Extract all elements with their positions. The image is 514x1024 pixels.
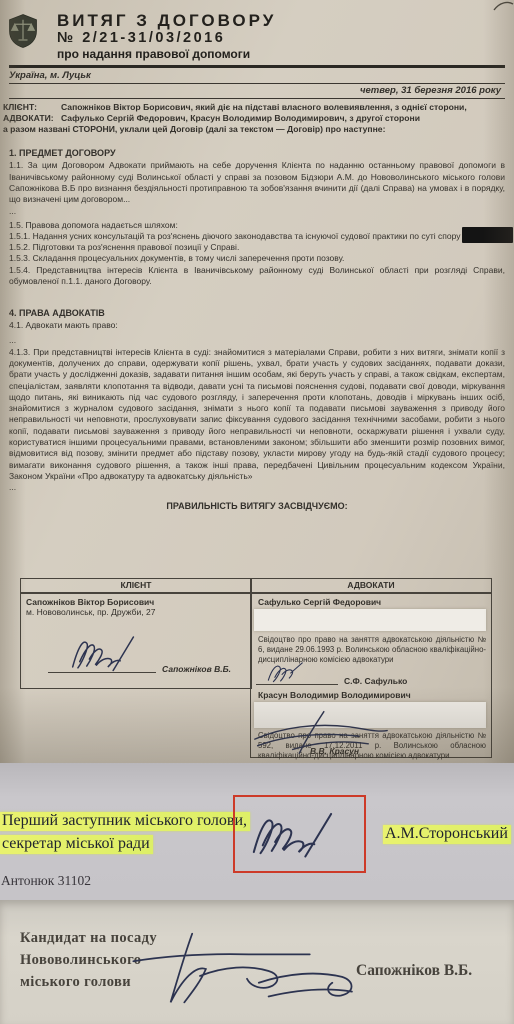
advocate-2-name: Красун Володимир Володимирович — [258, 690, 411, 700]
signing-table: КЛІЄНТ АДВОКАТИ Сапожніков Віктор Борисо… — [20, 578, 492, 758]
advocates-line: АДВОКАТИ: Сафулько Сергій Федорович, Кра… — [3, 113, 505, 124]
highlighted-text: секретар міської ради — [0, 835, 153, 854]
document-place: Україна, м. Луцьк — [9, 70, 505, 82]
advocate-2-signature-label: В.В. Красун — [310, 746, 359, 756]
whited-out-box — [254, 609, 486, 631]
client-address: м. Нововолинськ, пр. Дружби, 27 — [26, 607, 155, 617]
advocates-label: АДВОКАТИ: — [3, 113, 61, 124]
red-annotation-frame — [233, 795, 366, 873]
client-text: Сапожніков Віктор Борисович, який діє на… — [61, 102, 505, 113]
advocates-text: Сафулько Сергій Федорович, Красун Володи… — [61, 113, 505, 124]
signature-storonskyi — [245, 805, 350, 861]
signature-line — [256, 684, 338, 685]
advocates-column-header: АДВОКАТИ — [251, 580, 491, 590]
document-date: четвер, 31 березня 2016 року — [9, 84, 505, 98]
clause-1-5: 1.5. Правова допомога надається шляхом: — [9, 220, 505, 231]
clause-1-5-3: 1.5.3. Складання процесуальних документі… — [9, 253, 505, 264]
client-column-header: КЛІЄНТ — [21, 580, 251, 590]
client-label: КЛІЄНТ: — [3, 102, 61, 113]
justice-shield-icon — [8, 13, 38, 49]
scanned-document-page: ВИТЯГ З ДОГОВОРУ № 2/21-31/03/2016 про н… — [0, 0, 514, 1024]
candidate-name: Сапожніков В.Б. — [356, 962, 472, 980]
ellipsis: ... — [9, 335, 505, 345]
clause-4-1: 4.1. Адвокати мають право: — [9, 320, 505, 331]
candidate-line3: міського голови — [20, 974, 131, 991]
contract-photo: ВИТЯГ З ДОГОВОРУ № 2/21-31/03/2016 про н… — [0, 0, 514, 763]
signature-safulko — [260, 660, 320, 686]
officials-photo: Перший заступник міського голови, секрет… — [0, 763, 514, 900]
registry-note: Антонюк 31102 — [1, 873, 91, 889]
client-name: Сапожніков Віктор Борисович — [26, 597, 154, 607]
clause-4-1-3: 4.1.3. При представництві інтересів Кліє… — [9, 347, 505, 483]
section-1-heading: 1. ПРЕДМЕТ ДОГОВОРУ — [9, 148, 505, 158]
signature-sapozhnikov-large — [128, 922, 370, 1020]
client-line: КЛІЄНТ: Сапожніков Віктор Борисович, яки… — [3, 102, 505, 113]
parties-block: КЛІЄНТ: Сапожніков Віктор Борисович, яки… — [9, 102, 505, 136]
ellipsis: ... — [9, 482, 505, 492]
section-4-heading: 4. ПРАВА АДВОКАТІВ — [9, 308, 505, 318]
official-position-line2: секретар міської ради — [0, 835, 153, 854]
redaction-box — [462, 227, 513, 243]
clause-1-1: 1.1. За цим Договором Адвокати приймають… — [9, 160, 505, 205]
divider — [9, 65, 505, 68]
ellipsis: ... — [9, 206, 505, 216]
divider — [9, 98, 505, 99]
clause-1-5-1: 1.5.1. Надання усних консультацій та роз… — [9, 231, 505, 242]
signature-line — [48, 672, 156, 673]
official-position-line1: Перший заступник міського голови, — [0, 812, 250, 831]
client-signature-label: Сапожніков В.Б. — [162, 664, 231, 674]
joint-text: а разом названі СТОРОНИ, уклали цей Дого… — [3, 124, 505, 135]
highlighted-text: А.М.Сторонський — [383, 825, 511, 844]
advocate-1-name: Сафулько Сергій Федорович — [258, 597, 381, 607]
highlighted-text: Перший заступник міського голови, — [0, 812, 250, 831]
candidate-photo: Кандидат на посаду Нововолинського міськ… — [0, 900, 514, 1024]
candidate-line2: Нововолинського — [20, 952, 141, 969]
document-title: ВИТЯГ З ДОГОВОРУ — [57, 11, 505, 30]
document-number: № 2/21-31/03/2016 — [57, 30, 505, 47]
clause-1-5-4: 1.5.4. Представництва інтересів Клієнта … — [9, 265, 505, 288]
clause-1-5-2: 1.5.2. Підготовки та роз'яснення правово… — [9, 242, 505, 253]
document-header: ВИТЯГ З ДОГОВОРУ № 2/21-31/03/2016 про н… — [57, 0, 505, 62]
document-subtitle: про надання правової допомоги — [57, 47, 505, 62]
certify-heading: ПРАВИЛЬНІСТЬ ВИТЯГУ ЗАСВІДЧУЄМО: — [9, 501, 505, 511]
signature-sapozhnikov — [52, 630, 162, 674]
official-name: А.М.Сторонський — [383, 825, 511, 844]
pen-mark — [492, 0, 514, 14]
advocate-1-signature-label: С.Ф. Сафулько — [344, 676, 407, 686]
